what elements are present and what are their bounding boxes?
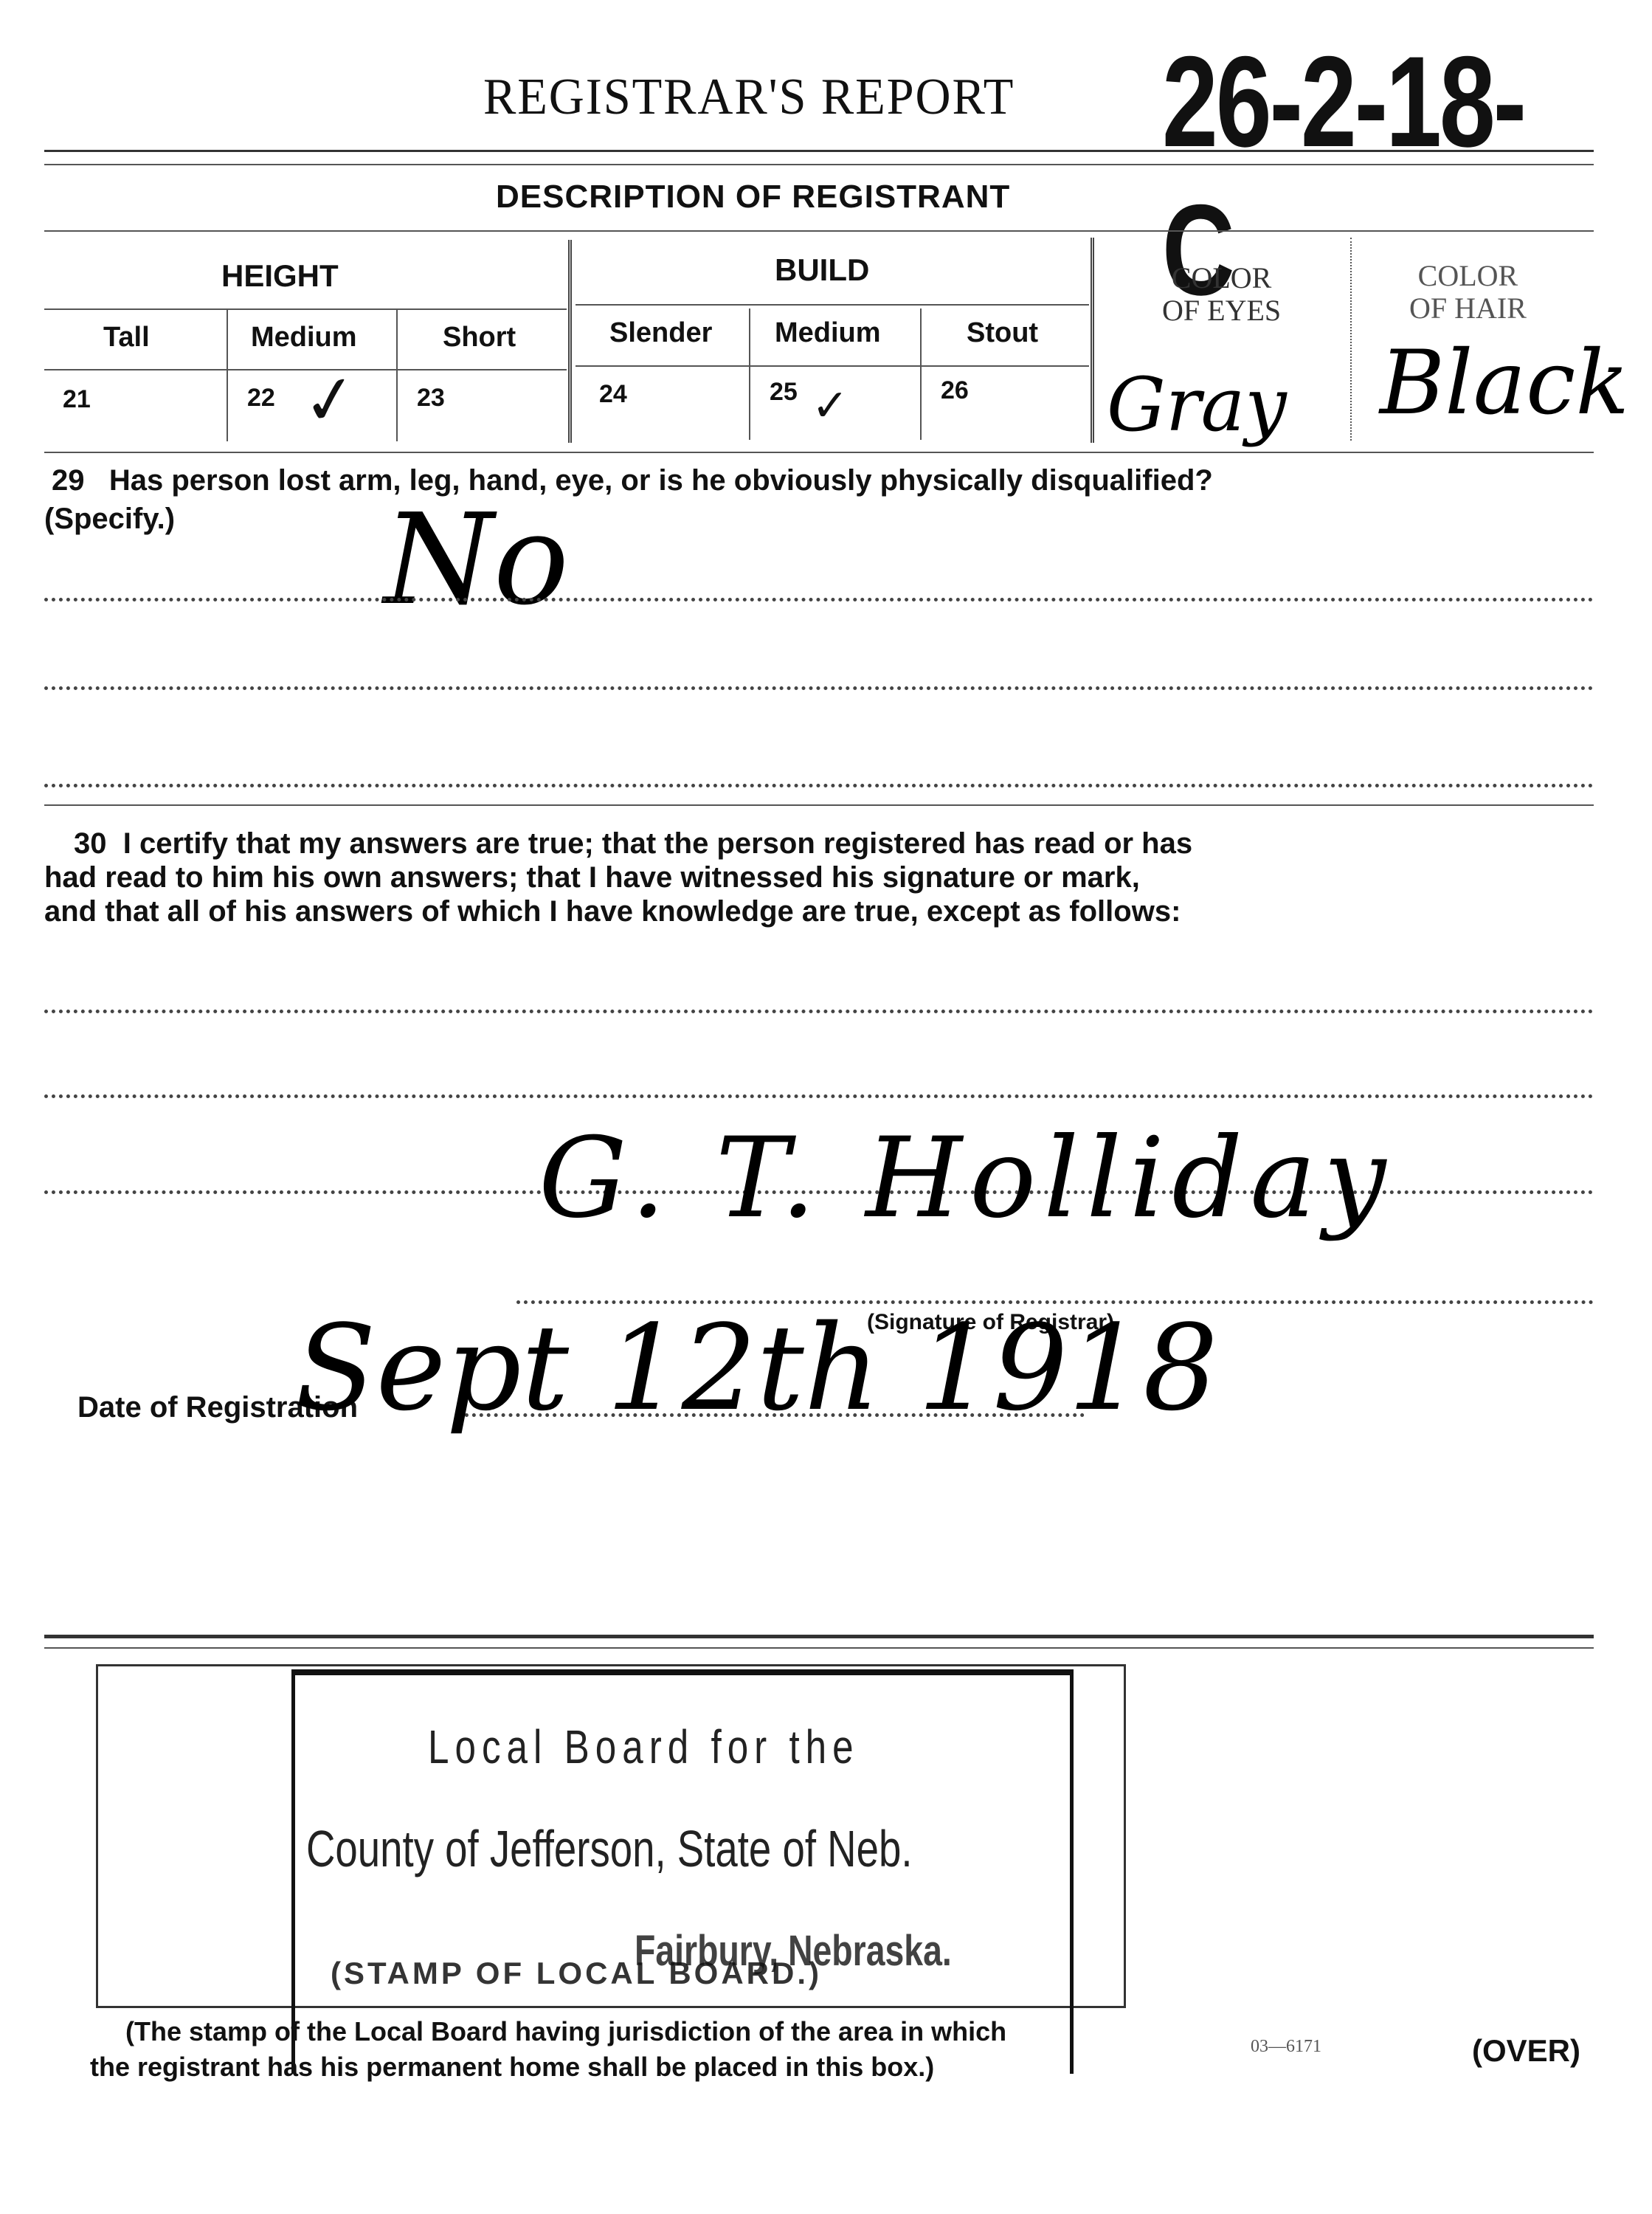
divider xyxy=(44,452,1594,453)
cell-divider xyxy=(749,308,750,440)
hair-color-header: COLOR OF HAIR xyxy=(1409,260,1527,325)
eye-color-label-2: OF EYES xyxy=(1162,294,1281,327)
field-number-26: 26 xyxy=(941,376,969,405)
divider xyxy=(44,308,567,310)
height-tall-label: Tall xyxy=(103,322,150,354)
specify-label: (Specify.) xyxy=(44,502,175,536)
registrar-signature: G. T. Holliday xyxy=(539,1114,1393,1243)
question-text: Has person lost arm, leg, hand, eye, or … xyxy=(109,464,1213,497)
certification-line-2: had read to him his own answers; that I … xyxy=(44,861,1601,894)
stamp-line-1: Local Board for the xyxy=(428,1720,860,1774)
report-title: REGISTRAR'S REPORT xyxy=(483,68,1015,127)
height-short-label: Short xyxy=(443,322,516,354)
divider xyxy=(44,164,1594,165)
certification-line-3: and that all of his answers of which I h… xyxy=(44,894,1601,928)
exception-line xyxy=(44,1010,1594,1013)
hair-color-label-1: COLOR xyxy=(1409,260,1527,292)
hair-color-label-2: OF HAIR xyxy=(1409,292,1527,325)
stamp-instruction-2: the registrant has his permanent home sh… xyxy=(90,2052,934,2083)
field-number-23: 23 xyxy=(417,384,445,413)
hair-color-value: Black xyxy=(1380,332,1629,435)
column-divider xyxy=(1350,238,1352,441)
check-mark-icon: ✓ xyxy=(812,380,849,432)
cell-divider xyxy=(227,310,228,441)
stamp-line-2: County of Jefferson, State of Neb. xyxy=(306,1819,913,1878)
field-number-21: 21 xyxy=(63,385,91,414)
divider xyxy=(44,1635,1594,1638)
divider xyxy=(576,365,1089,367)
divider xyxy=(576,304,1089,306)
column-divider xyxy=(568,240,572,443)
field-number-24: 24 xyxy=(599,380,627,409)
build-medium-label: Medium xyxy=(775,317,881,349)
cell-divider xyxy=(920,308,922,440)
question-29-answer: No xyxy=(384,487,569,633)
registration-date-value: Sept 12th 1918 xyxy=(295,1299,1218,1437)
build-slender-label: Slender xyxy=(609,317,712,349)
section-title: DESCRIPTION OF REGISTRANT xyxy=(496,179,1010,215)
height-header: HEIGHT xyxy=(221,258,339,294)
form-code: 03—6171 xyxy=(1251,2037,1321,2057)
exception-line xyxy=(44,1094,1594,1098)
build-header: BUILD xyxy=(775,252,869,288)
answer-line xyxy=(44,686,1594,690)
question-number: 30 xyxy=(74,827,107,860)
divider xyxy=(44,804,1594,806)
divider xyxy=(44,150,1594,152)
question-30: 30 I certify that my answers are true; t… xyxy=(44,827,1601,928)
height-medium-label: Medium xyxy=(251,322,357,354)
field-number-22: 22 xyxy=(247,384,275,413)
check-mark-icon: ✓ xyxy=(297,358,363,442)
certification-line-1: I certify that my answers are true; that… xyxy=(123,827,1192,860)
answer-line xyxy=(44,784,1594,787)
answer-line xyxy=(44,598,1594,601)
over-label: (OVER) xyxy=(1472,2033,1580,2069)
stamp-instruction-1: (The stamp of the Local Board having jur… xyxy=(125,2016,1006,2047)
stamp-placeholder: (STAMP OF LOCAL BOARD.) xyxy=(331,1956,822,1991)
divider xyxy=(44,230,1594,232)
divider xyxy=(44,1647,1594,1649)
build-stout-label: Stout xyxy=(967,317,1038,349)
field-number-25: 25 xyxy=(770,378,798,407)
column-divider xyxy=(1091,238,1094,443)
question-number: 29 xyxy=(52,464,85,497)
question-29: 29 Has person lost arm, leg, hand, eye, … xyxy=(52,463,1601,497)
cell-divider xyxy=(396,310,398,441)
eye-color-label-1: COLOR xyxy=(1162,262,1281,294)
eye-color-header: COLOR OF EYES xyxy=(1162,262,1281,327)
eye-color-value: Gray xyxy=(1107,362,1287,448)
